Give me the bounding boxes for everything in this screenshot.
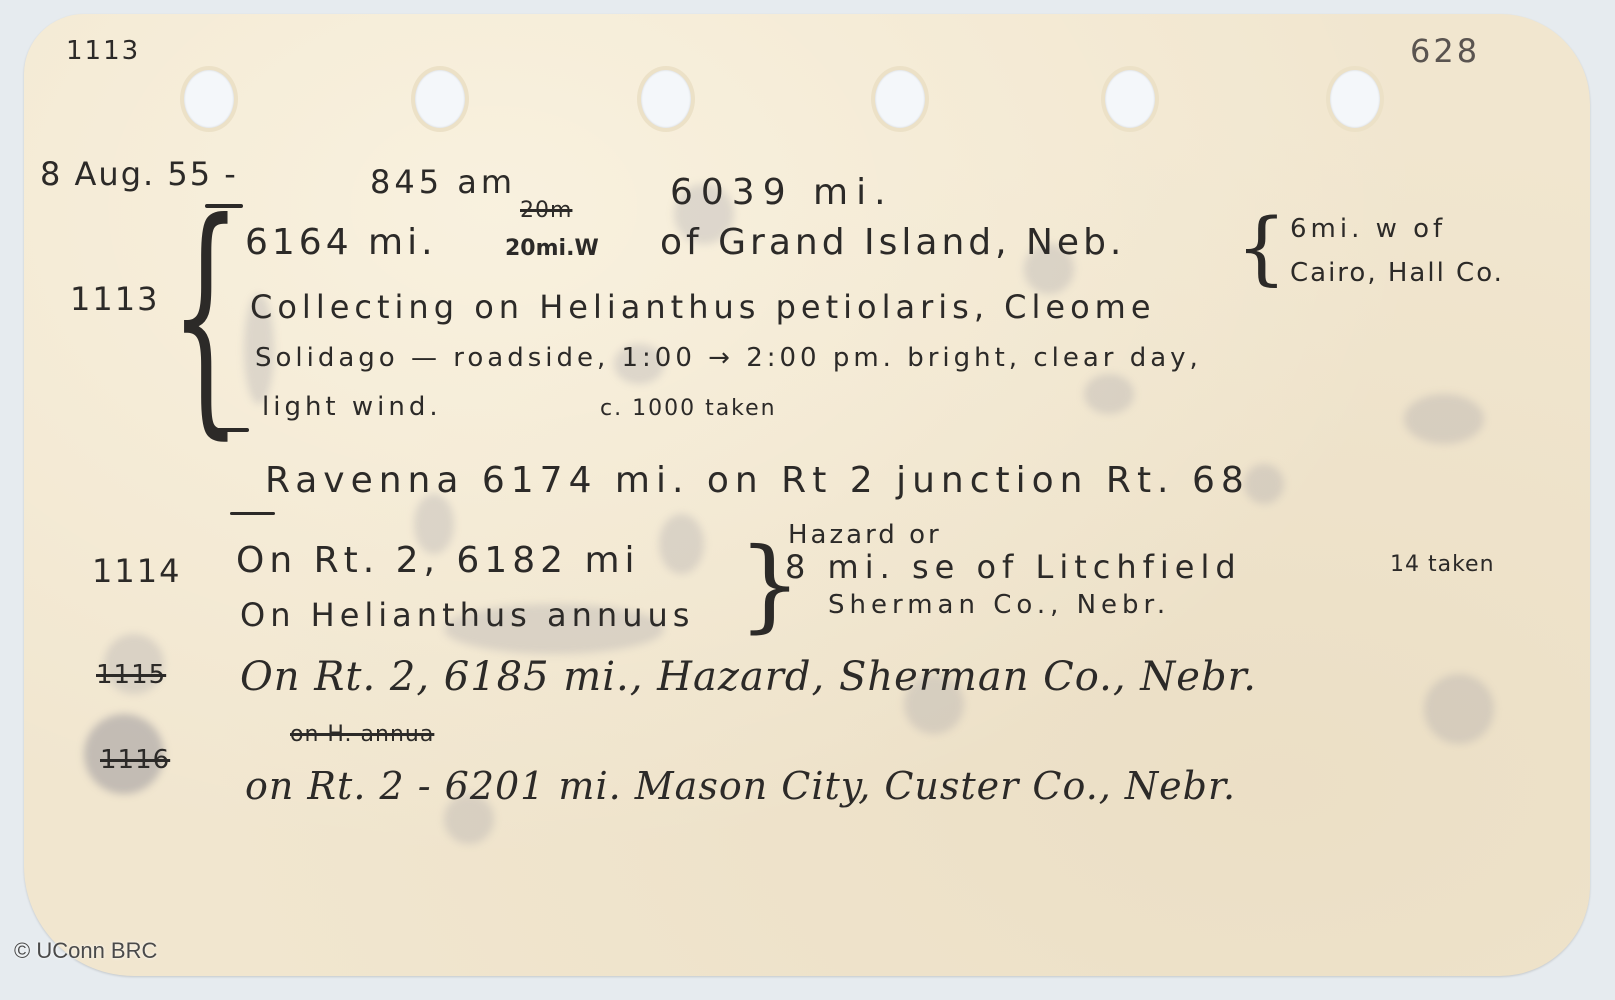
side-note-line: Hazard or: [788, 520, 942, 550]
side-note-line: 8 mi. se of Litchfield: [785, 548, 1242, 586]
entry-dash: [230, 512, 275, 515]
ink-stain: [1424, 674, 1494, 744]
entry-conditions: Solidago — roadside, 1:00 → 2:00 pm. bri…: [255, 343, 1202, 373]
side-note-line: 6mi. w of: [1290, 214, 1446, 244]
entry-bracket-top: [205, 204, 243, 208]
entry-count: c. 1000 taken: [600, 396, 777, 421]
entry-route: On Rt. 2, 6182 mi: [236, 540, 640, 581]
entry-location: of Grand Island, Neb.: [660, 222, 1125, 263]
side-note-line: Cairo, Hall Co.: [1290, 258, 1504, 288]
entry-count: 14 taken: [1390, 552, 1495, 577]
side-note-line: Sherman Co., Nebr.: [828, 590, 1170, 620]
ink-stain: [1244, 464, 1284, 504]
entry-number-struck: 1116: [100, 745, 170, 775]
entry-odometer: 6164 mi.: [245, 222, 437, 263]
punch-hole: [875, 70, 925, 128]
entry-host-plants: Collecting on Helianthus petiolaris, Cle…: [250, 288, 1156, 326]
entry-number-struck: 1115: [96, 660, 166, 690]
entry-brace: {: [170, 190, 242, 440]
punch-hole: [1330, 70, 1380, 128]
corner-number-right: 628: [1410, 32, 1480, 70]
entry-route-location: on Rt. 2 - 6201 mi. Mason City, Custer C…: [245, 764, 1236, 808]
entry-bracket-bottom: [205, 428, 249, 432]
punch-hole: [415, 70, 465, 128]
entry-host-plant: On Helianthus annuus: [240, 596, 694, 634]
ravenna-line: Ravenna 6174 mi. on Rt 2 junction Rt. 68: [265, 460, 1250, 501]
ink-stain: [659, 514, 704, 574]
entry-route-location: On Rt. 2, 6185 mi., Hazard, Sherman Co.,…: [240, 654, 1257, 700]
punch-hole: [184, 70, 234, 128]
entry-number: 1113: [70, 280, 159, 318]
copyright-watermark: © UConn BRC: [14, 938, 157, 964]
header-time: 845 am: [370, 163, 516, 201]
side-note-brace: {: [1236, 208, 1287, 288]
entry-number: 1114: [92, 552, 181, 590]
ink-stain: [1084, 374, 1134, 414]
header-odometer: 6039 mi.: [670, 172, 894, 213]
struck-note: on H. annua: [290, 722, 434, 747]
corner-number-left: 1113: [66, 36, 140, 66]
ink-stain: [1404, 394, 1484, 444]
punch-hole: [1105, 70, 1155, 128]
header-time-correction: 20m: [520, 198, 572, 223]
punch-hole: [641, 70, 691, 128]
entry-wind: light wind.: [262, 392, 442, 422]
entry-distance: 20mi.W: [505, 236, 599, 261]
